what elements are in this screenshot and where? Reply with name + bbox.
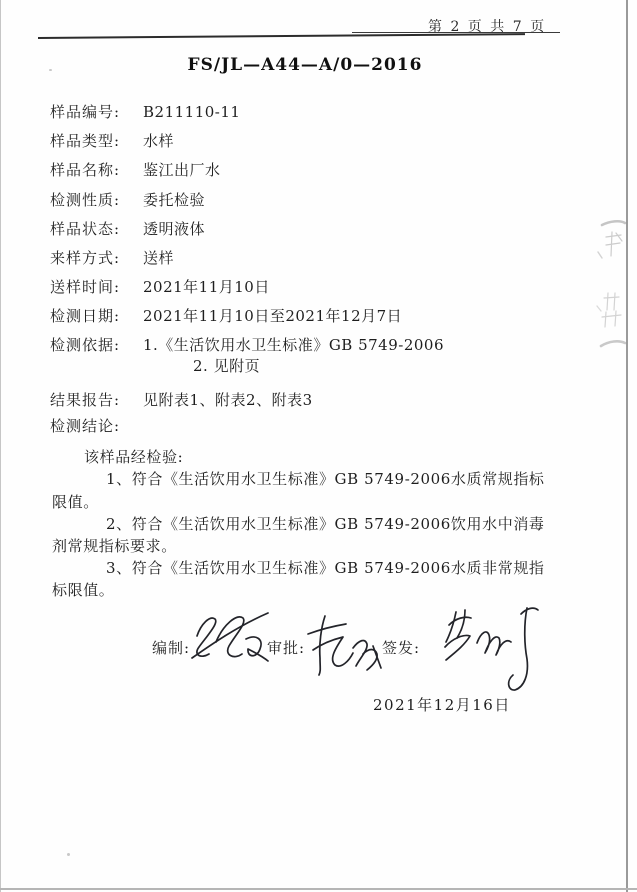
- field-value: 委托检验: [143, 191, 205, 209]
- page-edge-bottom: [0, 888, 637, 890]
- issue-date: 2021年12月16日: [373, 694, 511, 715]
- scan-artifact-right: [594, 218, 628, 358]
- scan-speckle: [49, 69, 52, 71]
- conclusion-line: 该样品经检验:: [84, 446, 183, 467]
- report-page: 第 2 页 共 7 页 FS/JL—A44—A/0—2016 样品编号:B211…: [0, 0, 637, 892]
- conclusion-line: 标限值。: [52, 579, 114, 600]
- field-label: 样品状态:: [50, 218, 143, 239]
- conclusion-line: 限值。: [52, 491, 99, 512]
- field-label: 检测依据:: [50, 334, 143, 355]
- field-value: 送样: [143, 249, 174, 267]
- field-row-test-date: 检测日期:2021年11月10日至2021年12月7日: [50, 305, 402, 326]
- field-label: 结果报告:: [50, 389, 143, 410]
- field-value: B211110-11: [143, 103, 240, 121]
- field-label: 检测结论:: [50, 415, 143, 436]
- field-value: 透明液体: [143, 220, 205, 238]
- field-value: 见附表1、附表2、附表3: [143, 391, 313, 409]
- field-row-sample-no: 样品编号:B211110-11: [50, 101, 240, 122]
- field-value: 水样: [143, 132, 174, 150]
- document-code: FS/JL—A44—A/0—2016: [0, 55, 610, 75]
- field-label: 样品编号:: [50, 101, 143, 122]
- field-row-delivery-date: 送样时间:2021年11月10日: [50, 276, 270, 297]
- field-row-sample-name: 样品名称:鉴江出厂水: [50, 159, 221, 180]
- field-value: 鉴江出厂水: [143, 161, 221, 179]
- issued-signature: [437, 601, 545, 693]
- field-row-test-basis: 检测依据:1.《生活饮用水卫生标准》GB 5749-2006 2. 见附页: [50, 334, 444, 355]
- scan-speckle: [67, 853, 70, 856]
- conclusion-line: 剂常规指标要求。: [52, 535, 177, 556]
- header-rule: [38, 33, 525, 39]
- field-row-conclusion-label: 检测结论:: [50, 415, 143, 436]
- page-edge-right: [626, 0, 628, 892]
- field-label: 检测日期:: [50, 305, 143, 326]
- field-value: 2021年11月10日至2021年12月7日: [143, 307, 402, 325]
- field-label: 样品类型:: [50, 130, 143, 151]
- field-row-result-report: 结果报告:见附表1、附表2、附表3: [50, 389, 313, 410]
- conclusion-line: 1、符合《生活饮用水卫生标准》GB 5749-2006水质常规指标: [106, 468, 545, 489]
- page-edge-left: [0, 0, 1, 892]
- field-label: 样品名称:: [50, 159, 143, 180]
- field-row-sample-state: 样品状态:透明液体: [50, 218, 205, 239]
- field-label: 来样方式:: [50, 247, 143, 268]
- prepared-signature: [188, 606, 276, 666]
- reviewed-label: 审批:: [267, 637, 305, 658]
- issued-label: 签发:: [382, 637, 420, 658]
- field-row-sampling-method: 来样方式:送样: [50, 247, 174, 268]
- field-row-test-nature: 检测性质:委托检验: [50, 189, 205, 210]
- field-row-sample-type: 样品类型:水样: [50, 130, 174, 151]
- field-value: 2021年11月10日: [143, 278, 270, 296]
- field-value: 1.《生活饮用水卫生标准》GB 5749-2006: [143, 336, 444, 354]
- scan-speckle: [150, 254, 153, 256]
- prepared-label: 编制:: [152, 637, 190, 658]
- reviewed-signature: [305, 610, 383, 676]
- field-label: 检测性质:: [50, 189, 143, 210]
- conclusion-line: 3、符合《生活饮用水卫生标准》GB 5749-2006水质非常规指: [106, 557, 545, 578]
- field-value-line2: 2. 见附页: [193, 355, 260, 376]
- conclusion-line: 2、符合《生活饮用水卫生标准》GB 5749-2006饮用水中消毒: [106, 513, 545, 534]
- field-label: 送样时间:: [50, 276, 143, 297]
